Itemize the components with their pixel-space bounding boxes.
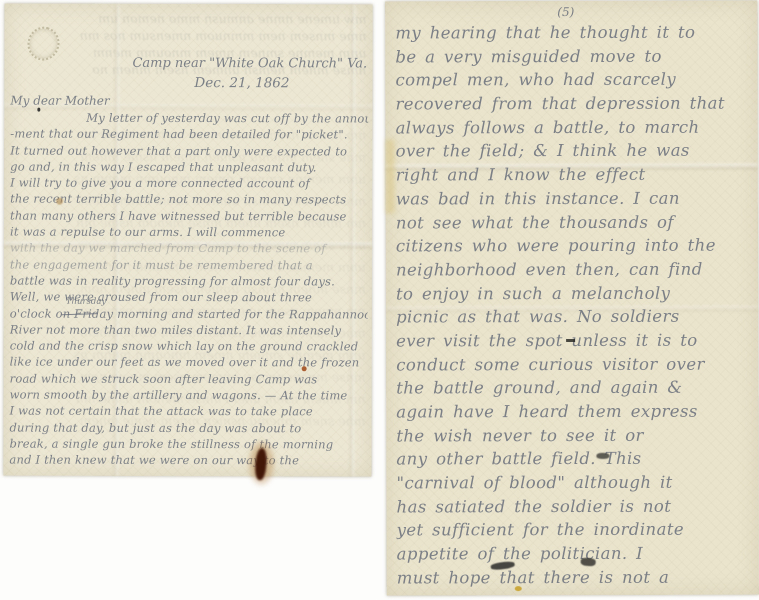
letter-dateline-date: Dec. 21, 1862 — [194, 75, 289, 91]
handwritten-line: like ice under our feet as we moved over… — [10, 354, 368, 371]
handwritten-line: road which we struck soon after leaving … — [10, 370, 368, 387]
handwritten-line: always follows a battle, to march — [396, 115, 756, 140]
handwritten-line: cold and the crisp snow which lay on the… — [10, 338, 368, 355]
handwritten-line: and I then knew that we were on our way … — [9, 452, 367, 469]
handwritten-line: the wish never to see it or — [396, 423, 756, 448]
handwritten-line: Well, we were aroused from our sleep abo… — [10, 289, 368, 306]
interlinear-correction: Thursday — [66, 297, 106, 307]
letter-dateline-place: Camp near "White Oak Church" Va. — [132, 56, 367, 72]
handwritten-line: ever visit the spot unless it is to — [396, 328, 756, 353]
bleedthrough-line: nme mnsem nem mmnuom nmensum nos mn — [9, 27, 367, 45]
handwritten-line: neighborhood even then, can find — [396, 257, 756, 282]
edge-stain — [386, 139, 395, 213]
handwritten-line: yet sufficient for the inordinate — [397, 518, 757, 543]
letter-page-1: mw umene nmne anmusn mmo nemon umnme mns… — [3, 4, 372, 477]
handwritten-line: has satiated the soldier is not — [397, 494, 757, 519]
handwritten-line: picnic as that was. No soldiers — [396, 305, 756, 330]
handwritten-line: than many others I have witnessed but te… — [10, 207, 368, 224]
handwritten-line: right and I know the effect — [396, 163, 756, 188]
handwritten-line: I will try to give you a more connected … — [10, 175, 368, 192]
handwritten-line: worn smooth by the artillery and wagons.… — [10, 387, 368, 404]
handwritten-line: break, a single gun broke the stillness … — [9, 435, 367, 452]
handwritten-line: "carnival of blood" although it — [396, 471, 756, 496]
letter-body-page-5: my hearing that he thought it tobe a ver… — [395, 21, 756, 590]
handwritten-line: conduct some curious visitor over — [396, 352, 756, 377]
handwritten-line: River not more than two miles distant. I… — [10, 321, 368, 338]
handwritten-line: during that day, but just as the day was… — [9, 419, 367, 436]
handwritten-line: the battle ground, and again & — [396, 376, 756, 401]
letter-photo: mw umene nmne anmusn mmo nemon umnme mns… — [0, 0, 759, 600]
handwritten-line: My letter of yesterday was cut off by th… — [10, 110, 368, 127]
handwritten-line: not see what the thousands of — [396, 210, 756, 235]
handwritten-line: must hope that there is not a — [397, 565, 757, 590]
handwritten-line: over the field; & I think he was — [396, 139, 756, 164]
handwritten-line: to enjoy in such a melancholy — [396, 281, 756, 306]
handwritten-line: citizens who were pouring into the — [396, 234, 756, 259]
handwritten-line: again have I heard them express — [396, 400, 756, 425]
handwritten-line: be a very misguided move to — [395, 44, 755, 69]
handwritten-line: any other battle field. This — [396, 447, 756, 472]
letter-salutation: My dear Mother — [10, 94, 109, 108]
handwritten-line: It turned out however that a part only w… — [10, 142, 368, 159]
handwritten-line: the recent terrible battle; not more so … — [10, 191, 368, 208]
handwritten-line: recovered from that depression that — [395, 92, 755, 117]
letter-body-page-1: My letter of yesterday was cut off by th… — [9, 110, 368, 469]
embossed-stamp-icon — [24, 23, 63, 64]
handwritten-line: I was not certain that the attack was to… — [10, 403, 368, 420]
handwritten-line: appetite of the politician. I — [397, 542, 757, 567]
handwritten-line: my hearing that he thought it to — [395, 21, 755, 46]
handwritten-line: was bad in this instance. I can — [396, 186, 756, 211]
page-number: (5) — [557, 5, 574, 19]
bleedthrough-line: mw umene nmne anmusn mmo nemon um — [9, 10, 367, 28]
handwritten-line: -ment that our Regiment had been detaile… — [10, 126, 368, 143]
handwritten-line: it was a repulse to our arms. I will com… — [10, 224, 368, 241]
letter-page-5: (5) my hearing that he thought it tobe a… — [385, 1, 759, 596]
handwritten-line: go and, in this way I escaped that unple… — [10, 158, 368, 175]
handwritten-line: the engagement for it must be remembered… — [10, 256, 368, 273]
handwritten-line: compel men, who had scarcely — [395, 68, 755, 93]
handwritten-line: battle was in reality progressing for al… — [10, 273, 368, 290]
handwritten-line: with the day we marched from Camp to the… — [10, 240, 368, 257]
